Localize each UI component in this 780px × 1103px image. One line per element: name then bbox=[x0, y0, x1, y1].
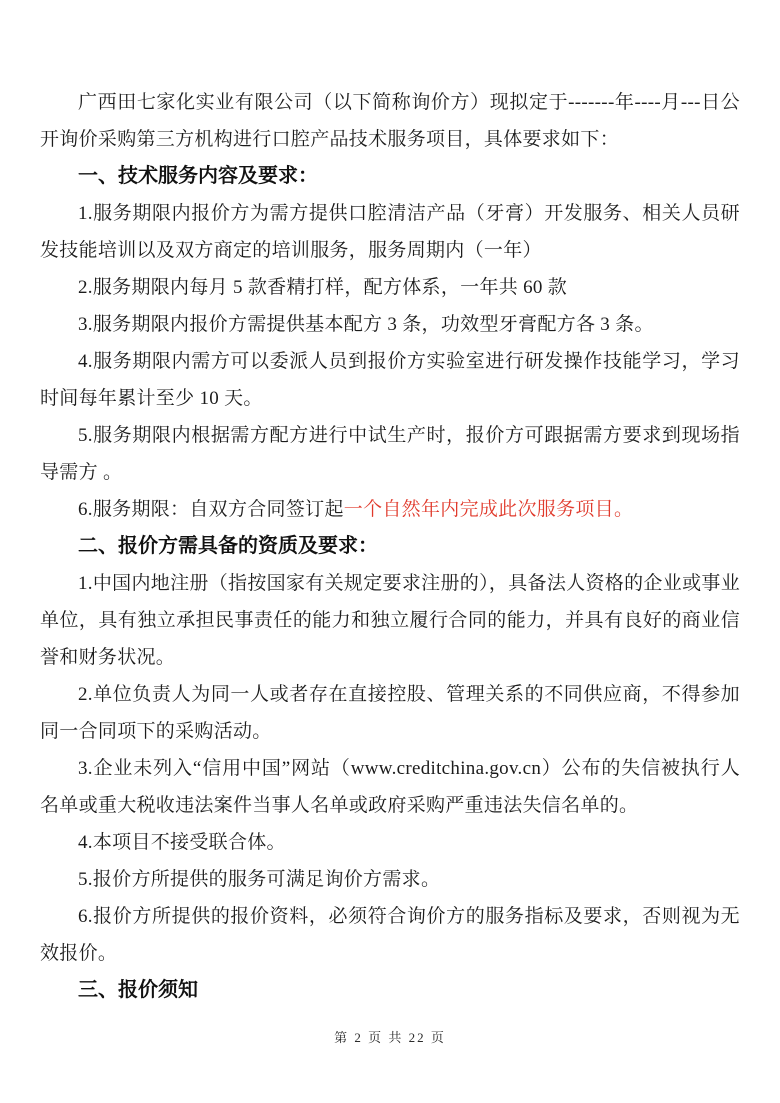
section-1-item-5: 5.服务期限内根据需方配方进行中试生产时，报价方可跟据需方要求到现场指导需方 。 bbox=[40, 417, 740, 491]
section-2-item-2: 2.单位负责人为同一人或者存在直接控股、管理关系的不同供应商，不得参加同一合同项… bbox=[40, 676, 740, 750]
section-1-item-1: 1.服务期限内报价方为需方提供口腔清洁产品（牙膏）开发服务、相关人员研发技能培训… bbox=[40, 195, 740, 269]
section-2-item-3: 3.企业未列入“信用中国”网站（www.creditchina.gov.cn）公… bbox=[40, 750, 740, 824]
section-2-item-6: 6.报价方所提供的报价资料，必须符合询价方的服务指标及要求，否则视为无效报价。 bbox=[40, 898, 740, 972]
section-1-item-6: 6.服务期限：自双方合同签订起一个自然年内完成此次服务项目。 bbox=[40, 491, 740, 528]
section-1-item-4: 4.服务期限内需方可以委派人员到报价方实验室进行研发操作技能学习，学习时间每年累… bbox=[40, 343, 740, 417]
page-number-footer: 第 2 页 共 22 页 bbox=[0, 1028, 780, 1048]
section-1-item-3: 3.服务期限内报价方需提供基本配方 3 条，功效型牙膏配方各 3 条。 bbox=[40, 306, 740, 343]
section-1-heading: 一、技术服务内容及要求： bbox=[40, 158, 740, 195]
section-1-item-6-text: 6.服务期限：自双方合同签订起 bbox=[78, 499, 344, 520]
section-2-heading: 二、报价方需具备的资质及要求： bbox=[40, 528, 740, 565]
document-page: 广西田七家化实业有限公司（以下简称询价方）现拟定于-------年----月--… bbox=[0, 0, 780, 1103]
section-1-item-6-highlight-red: 一个自然年内完成此次服务项目。 bbox=[344, 499, 634, 520]
section-3-heading: 三、报价须知 bbox=[40, 972, 740, 1009]
section-2-item-5: 5.报价方所提供的服务可满足询价方需求。 bbox=[40, 861, 740, 898]
section-1-item-2: 2.服务期限内每月 5 款香精打样，配方体系，一年共 60 款 bbox=[40, 269, 740, 306]
section-2-item-1: 1.中国内地注册（指按国家有关规定要求注册的），具备法人资格的企业或事业单位，具… bbox=[40, 565, 740, 676]
intro-paragraph: 广西田七家化实业有限公司（以下简称询价方）现拟定于-------年----月--… bbox=[40, 84, 740, 158]
section-2-item-4: 4.本项目不接受联合体。 bbox=[40, 824, 740, 861]
document-content: 广西田七家化实业有限公司（以下简称询价方）现拟定于-------年----月--… bbox=[40, 84, 740, 1009]
